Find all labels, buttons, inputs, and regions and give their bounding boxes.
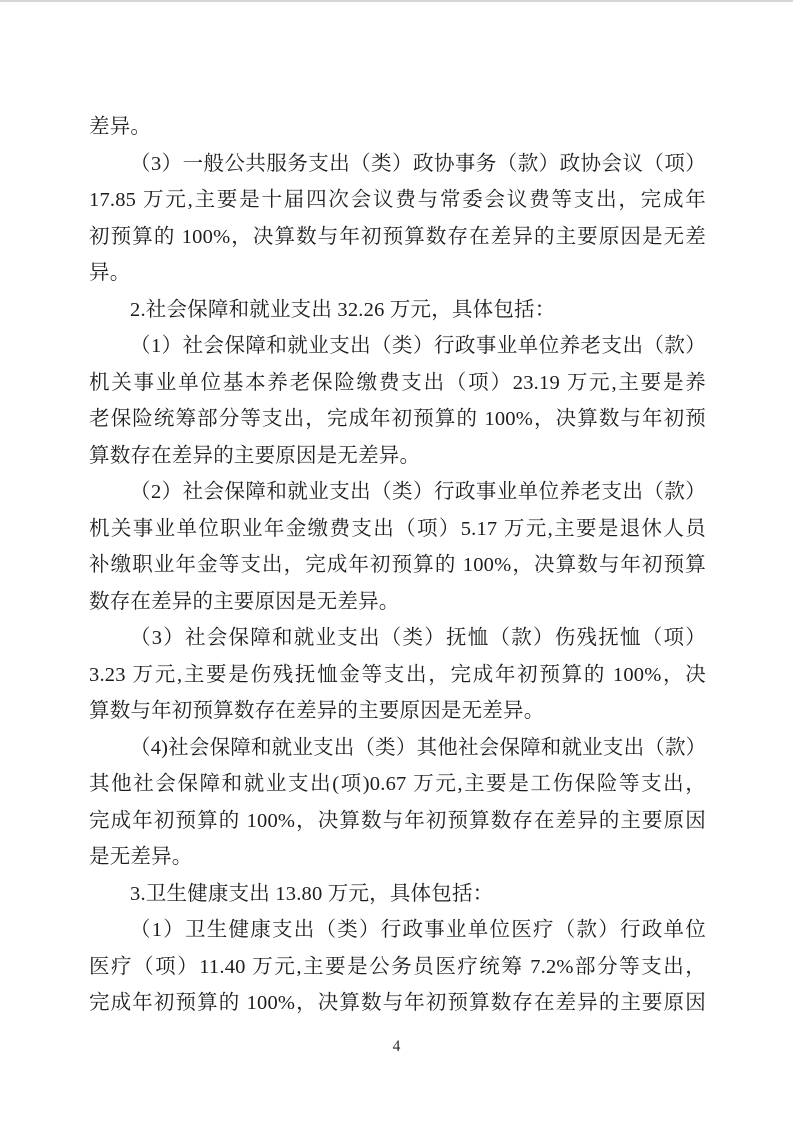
paragraph: （4)社会保障和就业支出（类）其他社会保障和就业支出（款）其他社会保障和就业支出…	[89, 730, 706, 876]
text-line: 医疗（项）11.40 万元,主要是公务员医疗统筹 7.2%部分等支出，	[89, 949, 706, 986]
text-line: 老保险统筹部分等支出，完成年初预算的 100%，决算数与年初预	[89, 401, 706, 438]
scan-artifact-line	[0, 0, 793, 2]
text-line: 补缴职业年金等支出，完成年初预算的 100%，决算数与年初预算	[89, 547, 706, 584]
text-line: 2.社会保障和就业支出 32.26 万元，具体包括：	[89, 292, 706, 329]
text-line: 初预算的 100%，决算数与年初预算数存在差异的主要原因是无差	[89, 219, 706, 256]
text-line: 3.卫生健康支出 13.80 万元，具体包括：	[89, 876, 706, 913]
paragraph: （1）社会保障和就业支出（类）行政事业单位养老支出（款）机关事业单位基本养老保险…	[89, 328, 706, 474]
text-line: 完成年初预算的 100%，决算数与年初预算数存在差异的主要原因	[89, 985, 706, 1022]
text-line: 算数存在差异的主要原因是无差异。	[89, 438, 706, 475]
text-line: 是无差异。	[89, 839, 706, 876]
document-body: 差异。（3）一般公共服务支出（类）政协事务（款）政协会议（项）17.85 万元,…	[89, 109, 706, 1022]
paragraph: 2.社会保障和就业支出 32.26 万元，具体包括：	[89, 292, 706, 329]
paragraph: 3.卫生健康支出 13.80 万元，具体包括：	[89, 876, 706, 913]
page-footer: 4	[0, 1037, 793, 1057]
text-line: 算数与年初预算数存在差异的主要原因是无差异。	[89, 693, 706, 730]
text-line: （1）社会保障和就业支出（类）行政事业单位养老支出（款）	[89, 328, 706, 365]
text-line: 完成年初预算的 100%，决算数与年初预算数存在差异的主要原因	[89, 803, 706, 840]
text-line: 机关事业单位基本养老保险缴费支出（项）23.19 万元,主要是养	[89, 365, 706, 402]
paragraph: （3）一般公共服务支出（类）政协事务（款）政协会议（项）17.85 万元,主要是…	[89, 146, 706, 292]
paragraph: （1）卫生健康支出（类）行政事业单位医疗（款）行政单位医疗（项）11.40 万元…	[89, 912, 706, 1022]
paragraph: （3）社会保障和就业支出（类）抚恤（款）伤残抚恤（项）3.23 万元,主要是伤残…	[89, 620, 706, 730]
text-line: 17.85 万元,主要是十届四次会议费与常委会议费等支出，完成年	[89, 182, 706, 219]
page-number: 4	[393, 1038, 401, 1055]
text-line: （3）一般公共服务支出（类）政协事务（款）政协会议（项）	[89, 146, 706, 183]
text-line: 3.23 万元,主要是伤残抚恤金等支出，完成年初预算的 100%，决	[89, 657, 706, 694]
text-line: （2）社会保障和就业支出（类）行政事业单位养老支出（款）	[89, 474, 706, 511]
text-line: 差异。	[89, 109, 706, 146]
text-line: 其他社会保障和就业支出(项)0.67 万元,主要是工伤保险等支出，	[89, 766, 706, 803]
text-line: （1）卫生健康支出（类）行政事业单位医疗（款）行政单位	[89, 912, 706, 949]
text-line: 异。	[89, 255, 706, 292]
paragraph: 差异。	[89, 109, 706, 146]
text-line: 机关事业单位职业年金缴费支出（项）5.17 万元,主要是退休人员	[89, 511, 706, 548]
text-line: （4)社会保障和就业支出（类）其他社会保障和就业支出（款）	[89, 730, 706, 767]
text-line: 数存在差异的主要原因是无差异。	[89, 584, 706, 621]
paragraph: （2）社会保障和就业支出（类）行政事业单位养老支出（款）机关事业单位职业年金缴费…	[89, 474, 706, 620]
text-line: （3）社会保障和就业支出（类）抚恤（款）伤残抚恤（项）	[89, 620, 706, 657]
